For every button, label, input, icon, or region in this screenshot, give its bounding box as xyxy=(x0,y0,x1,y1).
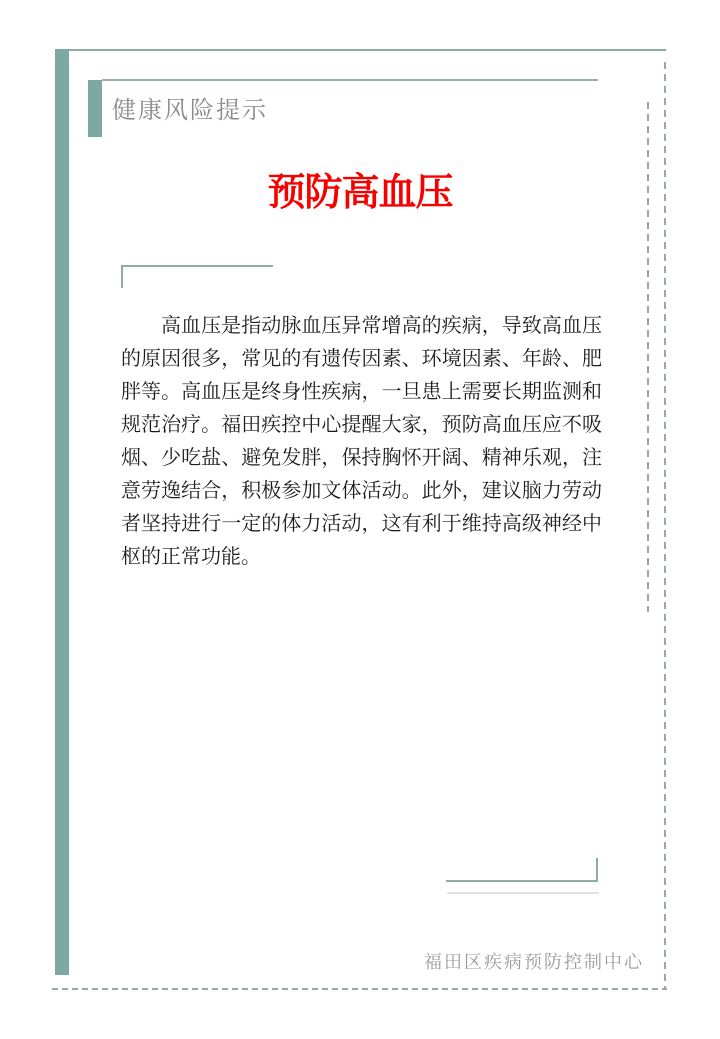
dashed-border-right-outer xyxy=(664,62,666,989)
page-title: 预防高血压 xyxy=(0,172,720,214)
top-rule-line xyxy=(68,49,666,51)
dashed-border-right-inner xyxy=(647,102,649,612)
body-paragraph: 高血压是指动脉血压异常增高的疾病，导致高血压的原因很多，常见的有遗传因素、环境因… xyxy=(121,310,602,574)
notice-page: 健康风险提示 预防高血压 高血压是指动脉血压异常增高的疾病，导致高血压的原因很多… xyxy=(0,0,720,1039)
footer-label: 福田区疾病预防控制中心 xyxy=(424,950,644,974)
corner-bracket-bottom-right xyxy=(446,858,598,882)
header-accent-bar xyxy=(88,80,102,137)
bracket-echo-line xyxy=(447,892,599,894)
header-label: 健康风险提示 xyxy=(112,97,268,125)
header-rule-line xyxy=(102,79,598,81)
dashed-border-bottom xyxy=(52,988,667,990)
corner-bracket-top-left xyxy=(121,265,273,288)
